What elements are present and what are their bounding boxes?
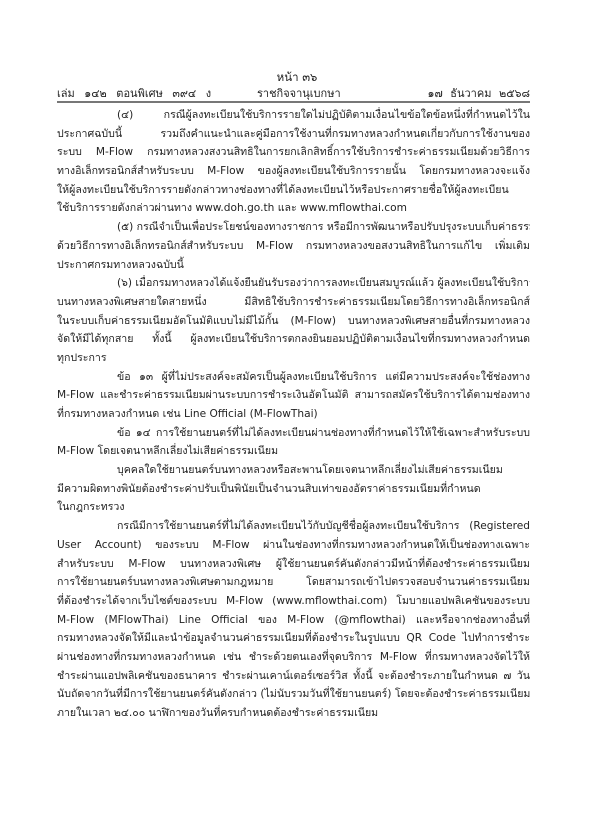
text-line: ระบบ M-Flow กรมทางหลวงสงวนสิทธิในการยกเล… xyxy=(57,143,530,162)
text-line: ในกฎกระทรวง xyxy=(57,498,530,517)
text-line: บนทางหลวงพิเศษสายใดสายหนึ่ง มีสิทธิใช้บร… xyxy=(57,293,530,312)
text-line: กรณีมีการใช้ยานยนตร์ที่ไม่ได้ลงทะเบียนไว… xyxy=(57,517,530,536)
text-line: (๖) เมื่อกรมทางหลวงได้แจ้งยืนยันรับรองว่… xyxy=(57,274,530,293)
text-line: M-Flow และชำระค่าธรรมเนียมผ่านระบบการชำร… xyxy=(57,386,530,405)
document-body: (๔) กรณีผู้ลงทะเบียนใช้บริการรายใดไม่ปฏิ… xyxy=(57,106,530,723)
text-line: ใช้บริการรายดังกล่าวผ่านทาง www.doh.go.t… xyxy=(57,199,530,218)
publication-name: ราชกิจจานุเบกษา xyxy=(257,84,341,102)
text-line: สำหรับระบบ M-Flow บนทางหลวงพิเศษ ผู้ใช้ย… xyxy=(57,555,530,574)
text-line: ภายในเวลา ๒๔.๐๐ นาฬิกาของวันที่ครบกำหนดต… xyxy=(57,704,530,723)
text-line: ที่ต้องชำระได้จากเว็บไซต์ของระบบ M-Flow … xyxy=(57,592,530,611)
text-line: User Account) ของระบบ M-Flow ผ่านในช่องท… xyxy=(57,536,530,555)
text-line: ข้อ ๑๓ ผู้ที่ไม่ประสงค์จะสมัครเป็นผู้ลงท… xyxy=(57,368,530,387)
text-line: ในระบบเก็บค่าธรรมเนียมอัตโนมัติแบบไม่มีไ… xyxy=(57,312,530,331)
text-line: ประกาศกรมทางหลวงฉบับนี้ xyxy=(57,256,530,275)
text-line: (๔) กรณีผู้ลงทะเบียนใช้บริการรายใดไม่ปฏิ… xyxy=(57,106,530,125)
header-rule xyxy=(57,101,530,103)
text-line: ประกาศฉบับนี้ รวมถึงคำแนะนำและคู่มือการใ… xyxy=(57,125,530,144)
text-line: ด้วยวิธีการทางอิเล็กทรอนิกส์สำหรับระบบ M… xyxy=(57,237,530,256)
text-line: ทุกประการ xyxy=(57,349,530,368)
volume-info: เล่ม ๑๔๒ ตอนพิเศษ ๓๙๔ ง xyxy=(57,84,211,102)
publication-date: ๑๗ ธันวาคม ๒๕๖๘ xyxy=(428,84,531,102)
text-line: (๕) กรณีจำเป็นเพื่อประโยชน์ของทางราชการ … xyxy=(57,218,530,237)
text-line: มีความผิดทางพินัยต้องชำระค่าปรับเป็นพินั… xyxy=(57,480,530,499)
text-line: การใช้ยานยนตร์บนทางหลวงพิเศษตามกฎหมาย โด… xyxy=(57,573,530,592)
text-line: บุคคลใดใช้ยานยนตร์บนทางหลวงหรือสะพานโดยเ… xyxy=(57,461,530,480)
text-line: กรมทางหลวงจัดให้มีและนำข้อมูลจำนวนค่าธรร… xyxy=(57,629,530,648)
gazette-header: เล่ม ๑๔๒ ตอนพิเศษ ๓๙๔ ง ราชกิจจานุเบกษา … xyxy=(57,84,530,100)
text-line: M-Flow โดยเจตนาหลีกเลี่ยงไม่เสียค่าธรรมเ… xyxy=(57,442,530,461)
text-line: ข้อ ๑๔ การใช้ยานยนตร์ที่ไม่ได้ลงทะเบียนผ… xyxy=(57,424,530,443)
text-line: นับถัดจากวันที่มีการใช้ยานยนตร์คันดังกล่… xyxy=(57,685,530,704)
text-line: ให้ผู้ลงทะเบียนใช้บริการรายดังกล่าวทางช่… xyxy=(57,181,530,200)
text-line: ทางอิเล็กทรอนิกส์สำหรับระบบ M-Flow ของผู… xyxy=(57,162,530,181)
text-line: ที่กรมทางหลวงกำหนด เช่น Line Official (M… xyxy=(57,405,530,424)
text-line: ผ่านช่องทางที่กรมทางหลวงกำหนด เช่น ชำระด… xyxy=(57,648,530,667)
text-line: M-Flow (MFlowThai) Line Official ของ M-F… xyxy=(57,611,530,630)
text-line: ชำระผ่านแอปพลิเคชันของธนาคาร ชำระผ่านเคา… xyxy=(57,667,530,686)
text-line: จัดให้มีได้ทุกสาย ทั้งนี้ ผู้ลงทะเบียนใช… xyxy=(57,330,530,349)
